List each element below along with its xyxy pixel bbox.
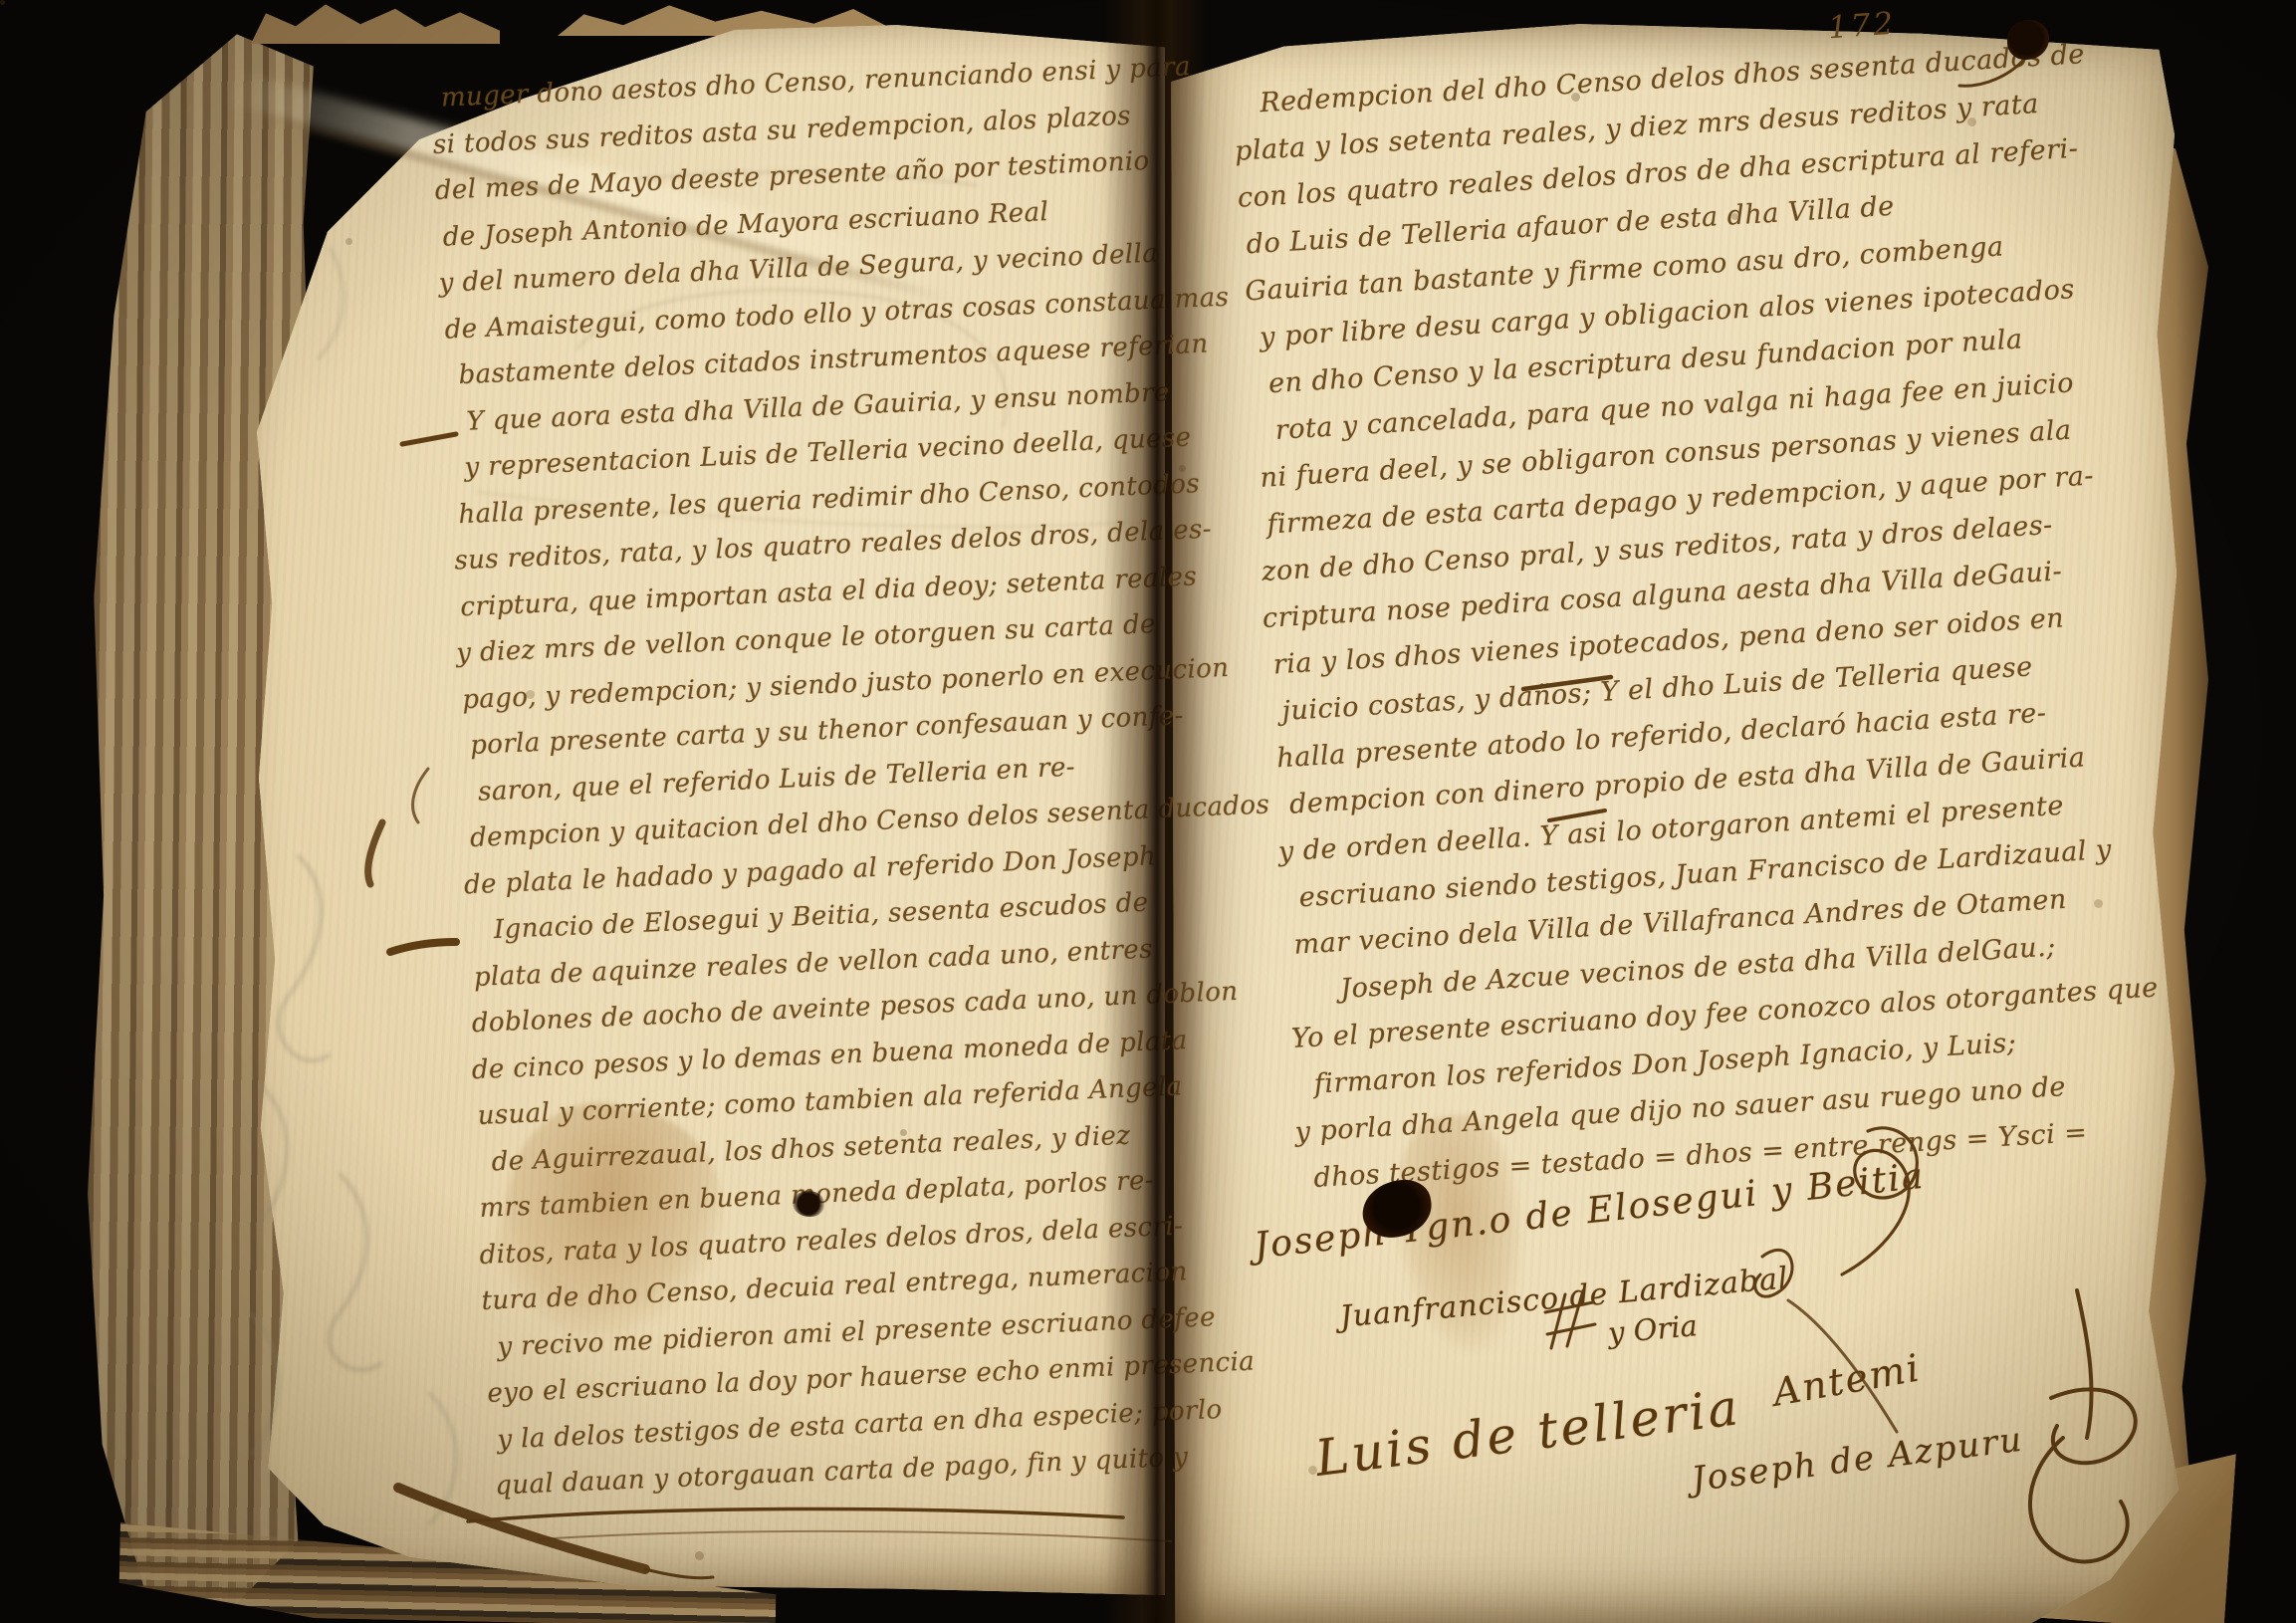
manuscript-scan: muger dono aestos dho Censo, renunciando…	[0, 0, 2296, 1623]
right-page-text-block: Redempcion del dho Censo delos dhos sese…	[1231, 30, 2172, 1203]
left-page-text-block: muger dono aestos dho Censo, renunciando…	[430, 45, 1227, 1509]
folio-number: 172	[1827, 6, 1898, 47]
paper-specks	[0, 0, 5, 5]
paper-ruffle-top	[251, 0, 500, 44]
ink-blot	[793, 1191, 824, 1217]
